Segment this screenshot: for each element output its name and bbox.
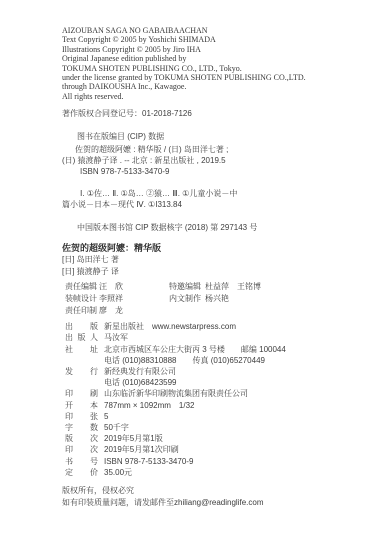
staff-name: 李照祥	[99, 293, 169, 305]
publication-label: 书号	[65, 456, 98, 467]
publication-label: 印张	[65, 411, 98, 422]
staff-role-label: 特邀编辑	[169, 281, 205, 293]
copyright-line: through DAIKOUSHA Inc., Kawagoe.	[62, 82, 357, 91]
copyright-line: under the license granted by TOKUMA SHOT…	[62, 73, 357, 82]
publication-row: 字数50千字	[62, 422, 357, 433]
publication-row: 出版新星出版社 www.newstarpress.com	[62, 321, 357, 332]
publication-label: 版次	[65, 433, 98, 444]
publication-row: 发行新经典发行有限公司	[62, 366, 357, 377]
staff-credits-block: 责任编辑汪 欣特邀编辑杜益萍 王铭博 装帧设计李照祥内文制作杨兴艳 责任印制廖 …	[62, 281, 357, 317]
copyright-line: Text Copyright © 2005 by Yoshichi SHIMAD…	[62, 35, 357, 44]
staff-role-label: 责任印制	[62, 305, 99, 317]
publication-label: 开本	[65, 400, 98, 411]
publication-value: 新星出版社 www.newstarpress.com	[104, 321, 236, 332]
cip-classification-line: Ⅰ. ①佐… Ⅱ. ①岛… ②猿… Ⅲ. ①儿童小说－中	[62, 188, 357, 199]
publication-row: 开本787mm × 1092mm 1/32	[62, 400, 357, 411]
copyright-line: AIZOUBAN SAGA NO GABAIBAACHAN	[62, 26, 357, 35]
cip-record-number: 中国版本图书馆 CIP 数据核字 (2018) 第 297143 号	[62, 222, 357, 233]
publication-row: 印刷山东临沂新华印刷物流集团有限责任公司	[62, 388, 357, 399]
cip-description-line: (日) 猿渡静子译 . -- 北京 : 新星出版社 , 2019.5	[62, 155, 357, 166]
publication-row: 社址北京市西城区车公庄大街丙 3 号楼 邮编 100044	[62, 344, 357, 355]
publication-row: 印次2019年5月第1次印刷	[62, 444, 357, 455]
publication-label: 印刷	[65, 388, 98, 399]
publication-row: 印张5	[62, 411, 357, 422]
publication-value: 2019年5月第1次印刷	[104, 444, 179, 455]
publication-row: 书号ISBN 978-7-5133-3470-9	[62, 456, 357, 467]
copyright-line: Original Japanese edition published by	[62, 54, 357, 63]
publication-label: 字数	[65, 422, 98, 433]
publication-value: 2019年5月第1版	[104, 433, 163, 444]
book-title: 佐贺的超级阿嬷：精华版	[62, 242, 357, 254]
rights-notice: 版权所有，侵权必究	[62, 485, 357, 497]
publication-value: 山东临沂新华印刷物流集团有限责任公司	[104, 388, 248, 399]
staff-name: 汪 欣	[99, 281, 169, 293]
colophon-page: AIZOUBAN SAGA NO GABAIBAACHAN Text Copyr…	[0, 0, 375, 534]
staff-row: 责任编辑汪 欣特邀编辑杜益萍 王铭博	[62, 281, 357, 293]
english-copyright-block: AIZOUBAN SAGA NO GABAIBAACHAN Text Copyr…	[62, 26, 357, 101]
publication-value: 马汝军	[104, 332, 128, 343]
publication-row: 电话 (010)88310888 传真 (010)65270449	[62, 355, 357, 366]
publication-value: 电话 (010)88310888 传真 (010)65270449	[104, 355, 265, 366]
publication-value: 50千字	[104, 422, 129, 433]
publication-label: 发行	[65, 366, 98, 377]
cip-isbn-line: ISBN 978-7-5133-3470-9	[62, 166, 357, 177]
publication-value: 北京市西城区车公庄大街丙 3 号楼 邮编 100044	[104, 344, 286, 355]
cip-description-line: 佐贺的超级阿嬷 : 精华版 / (日) 岛田洋七著 ;	[62, 144, 357, 155]
publication-row: 版次2019年5月第1版	[62, 433, 357, 444]
staff-name: 杨兴艳	[205, 294, 229, 303]
publication-label: 社址	[65, 344, 98, 355]
cip-classification-line: 篇小说－日本－现代 Ⅳ. ①I313.84	[62, 199, 357, 210]
publication-label: 出版	[65, 321, 98, 332]
publication-details-block: 出版新星出版社 www.newstarpress.com 出版人马汝军 社址北京…	[62, 321, 357, 478]
legal-notice-block: 版权所有，侵权必究 如有印装质量问题，请发邮件至zhiliang@reading…	[62, 485, 357, 508]
cip-classification: Ⅰ. ①佐… Ⅱ. ①岛… ②猿… Ⅲ. ①儿童小说－中 篇小说－日本－现代 Ⅳ…	[62, 188, 357, 210]
publication-value: 5	[104, 411, 108, 422]
staff-role-label: 责任编辑	[62, 281, 99, 293]
publication-label: 定价	[65, 467, 98, 478]
staff-name: 廖 龙	[99, 305, 169, 317]
cip-block: 图书在版编目 (CIP) 数据 佐贺的超级阿嬷 : 精华版 / (日) 岛田洋七…	[62, 131, 357, 233]
copyright-registration-number: 著作版权合同登记号：01-2018-7126	[62, 109, 357, 119]
publication-row: 电话 (010)68423599	[62, 377, 357, 388]
publication-row: 出版人马汝军	[62, 332, 357, 343]
staff-row: 装帧设计李照祥内文制作杨兴艳	[62, 293, 357, 305]
publication-label: 印次	[65, 444, 98, 455]
staff-row: 责任印制廖 龙	[62, 305, 357, 317]
publication-row: 定价35.00元	[62, 467, 357, 478]
publication-value: ISBN 978-7-5133-3470-9	[104, 456, 193, 467]
cip-description: 佐贺的超级阿嬷 : 精华版 / (日) 岛田洋七著 ; (日) 猿渡静子译 . …	[62, 144, 357, 177]
copyright-line: All rights reserved.	[62, 92, 357, 101]
copyright-line: TOKUMA SHOTEN PUBLISHING CO., LTD., Toky…	[62, 64, 357, 73]
publication-value: 35.00元	[104, 467, 132, 478]
publication-value: 787mm × 1092mm 1/32	[104, 400, 195, 411]
book-translator: [日] 猿渡静子 译	[62, 266, 357, 278]
book-author: [日] 岛田洋七 著	[62, 254, 357, 266]
publication-label: 出版人	[65, 332, 98, 343]
book-info-block: 佐贺的超级阿嬷：精华版 [日] 岛田洋七 著 [日] 猿渡静子 译	[62, 242, 357, 278]
copyright-line: Illustrations Copyright © 2005 by Jiro I…	[62, 45, 357, 54]
publication-value: 电话 (010)68423599	[104, 377, 177, 388]
quality-contact-notice: 如有印装质量问题，请发邮件至zhiliang@readinglife.com	[62, 497, 357, 509]
staff-name: 杜益萍 王铭博	[205, 282, 261, 291]
publication-value: 新经典发行有限公司	[104, 366, 176, 377]
staff-role-label: 装帧设计	[62, 293, 99, 305]
staff-role-label: 内文制作	[169, 293, 205, 305]
cip-heading: 图书在版编目 (CIP) 数据	[62, 131, 357, 142]
